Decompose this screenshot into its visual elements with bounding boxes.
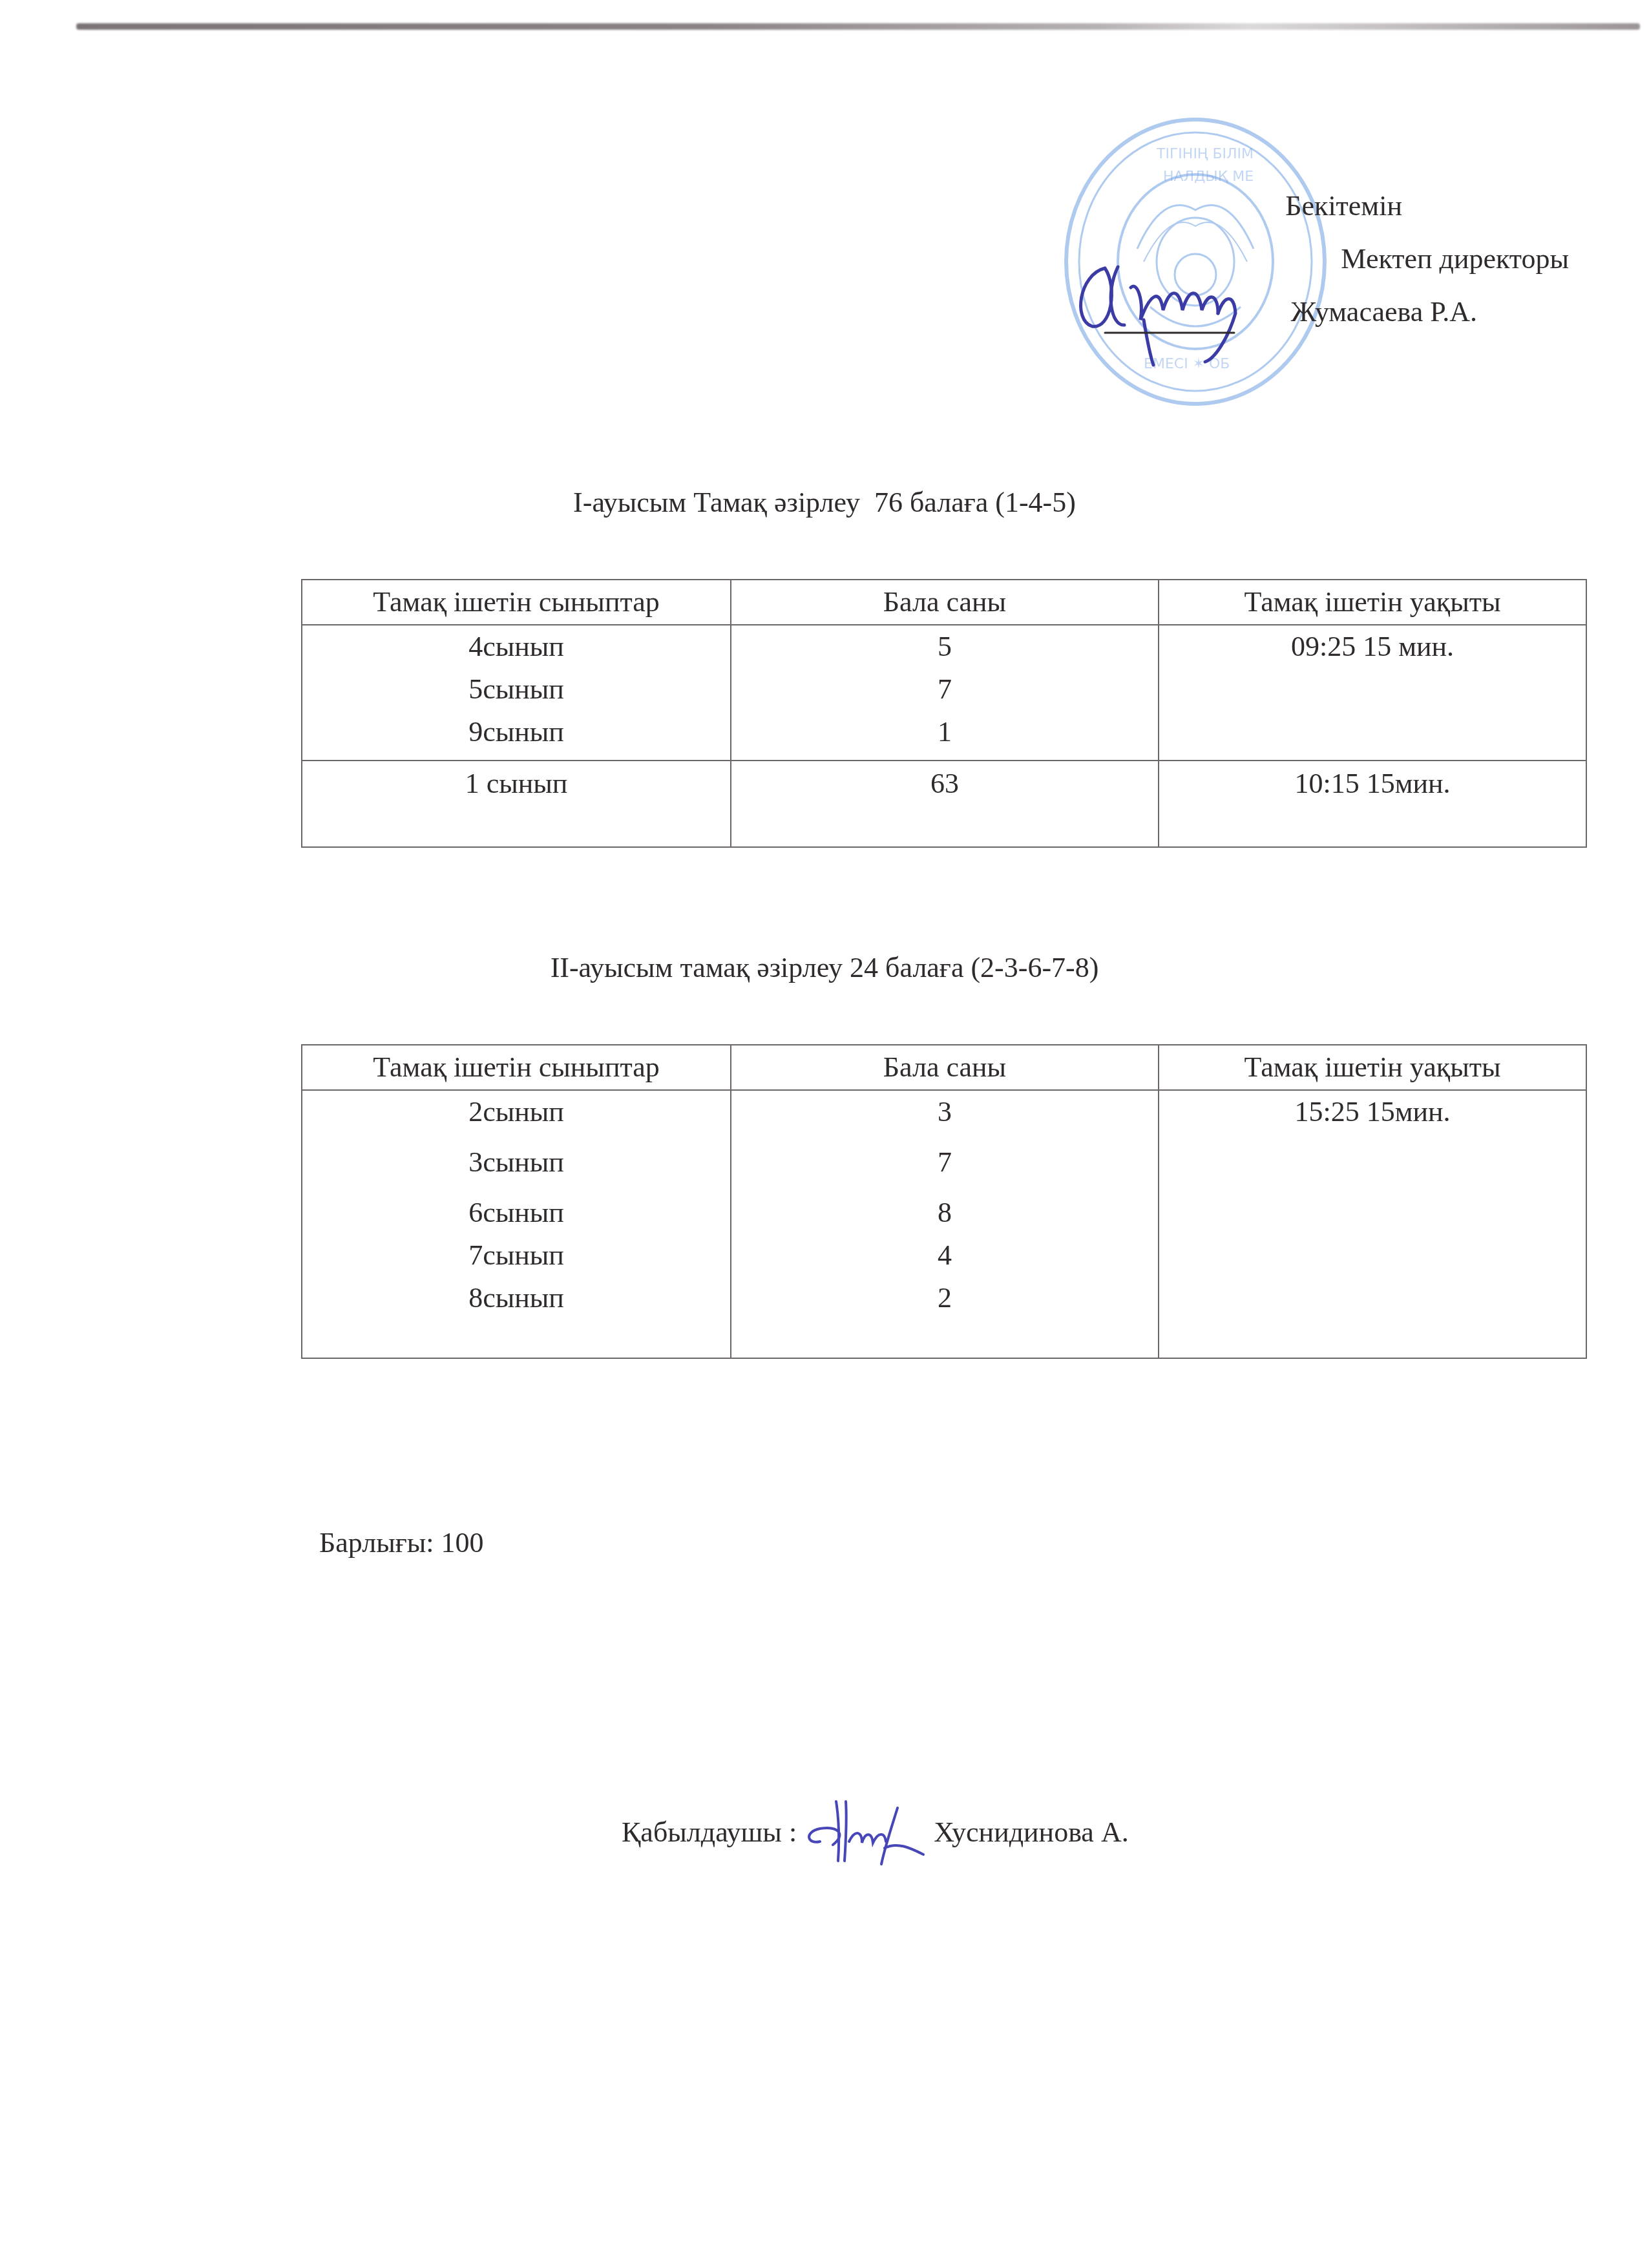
svg-text:ТІГІНІҢ БІЛІМ: ТІГІНІҢ БІЛІМ bbox=[1156, 146, 1254, 162]
class-cell: 7сынып bbox=[302, 1234, 730, 1277]
table-row: 4сынып 5сынып 9сынып 5 7 1 09:25 15 мин. bbox=[302, 625, 1586, 761]
column-header-classes: Тамақ ішетін сыныптар bbox=[302, 580, 731, 625]
shift2-title: ІІ-ауысым тамақ әзірлеу 24 балаға (2-3-6… bbox=[0, 951, 1649, 984]
shift1-table: Тамақ ішетін сыныптар Бала саны Тамақ іш… bbox=[301, 579, 1587, 848]
receiver-signature-icon bbox=[801, 1796, 930, 1867]
class-cell: 9сынып bbox=[302, 711, 730, 753]
column-header-classes: Тамақ ішетін сыныптар bbox=[302, 1045, 731, 1090]
time-cell: 09:25 15 мин. bbox=[1159, 625, 1586, 668]
approver-position: Мектеп директоры bbox=[1285, 233, 1569, 286]
class-cell: 4сынып bbox=[302, 625, 730, 668]
approval-block: Бекітемін Мектеп директоры Жумасаева Р.А… bbox=[1285, 180, 1569, 339]
column-header-time: Тамақ ішетін уақыты bbox=[1159, 1045, 1586, 1090]
shift2-table: Тамақ ішетін сыныптар Бала саны Тамақ іш… bbox=[301, 1044, 1587, 1359]
approver-name: Жумасаева Р.А. bbox=[1285, 286, 1477, 339]
count-cell: 7 bbox=[731, 668, 1158, 711]
count-cell: 7 bbox=[731, 1141, 1158, 1184]
table-row: 2сынып 3сынып 6сынып 7сынып 8сынып 3 7 8… bbox=[302, 1090, 1586, 1358]
approval-heading: Бекітемін bbox=[1285, 180, 1402, 233]
class-cell: 6сынып bbox=[302, 1192, 730, 1234]
class-cell: 8сынып bbox=[302, 1277, 730, 1319]
class-cell: 5сынып bbox=[302, 668, 730, 711]
column-header-time: Тамақ ішетін уақыты bbox=[1159, 580, 1586, 625]
table-row: 1 сынып 63 10:15 15мин. bbox=[302, 761, 1586, 847]
receiver-line: Қабылдаушы : Хуснидинова А. bbox=[622, 1796, 1129, 1867]
svg-text:НАЛДЫҚ МЕ: НАЛДЫҚ МЕ bbox=[1163, 169, 1254, 185]
column-header-count: Бала саны bbox=[731, 1045, 1159, 1090]
column-header-count: Бала саны bbox=[731, 580, 1159, 625]
count-cell: 63 bbox=[731, 762, 1158, 805]
time-cell: 10:15 15мин. bbox=[1159, 762, 1586, 805]
count-cell: 2 bbox=[731, 1277, 1158, 1319]
scan-edge-shadow bbox=[76, 23, 1640, 30]
count-cell: 8 bbox=[731, 1192, 1158, 1234]
shift1-title: І-ауысым Тамақ әзірлеу 76 балаға (1-4-5) bbox=[0, 486, 1649, 519]
director-signature-icon bbox=[1066, 249, 1273, 372]
count-cell: 1 bbox=[731, 711, 1158, 753]
count-cell: 5 bbox=[731, 625, 1158, 668]
receiver-label: Қабылдаушы : bbox=[622, 1816, 797, 1849]
class-cell: 3сынып bbox=[302, 1141, 730, 1184]
class-cell: 1 сынып bbox=[302, 762, 730, 805]
class-cell: 2сынып bbox=[302, 1091, 730, 1133]
count-cell: 3 bbox=[731, 1091, 1158, 1133]
count-cell: 4 bbox=[731, 1234, 1158, 1277]
receiver-name: Хуснидинова А. bbox=[934, 1816, 1129, 1849]
time-cell: 15:25 15мин. bbox=[1159, 1091, 1586, 1133]
total-count: Барлығы: 100 bbox=[319, 1526, 484, 1559]
